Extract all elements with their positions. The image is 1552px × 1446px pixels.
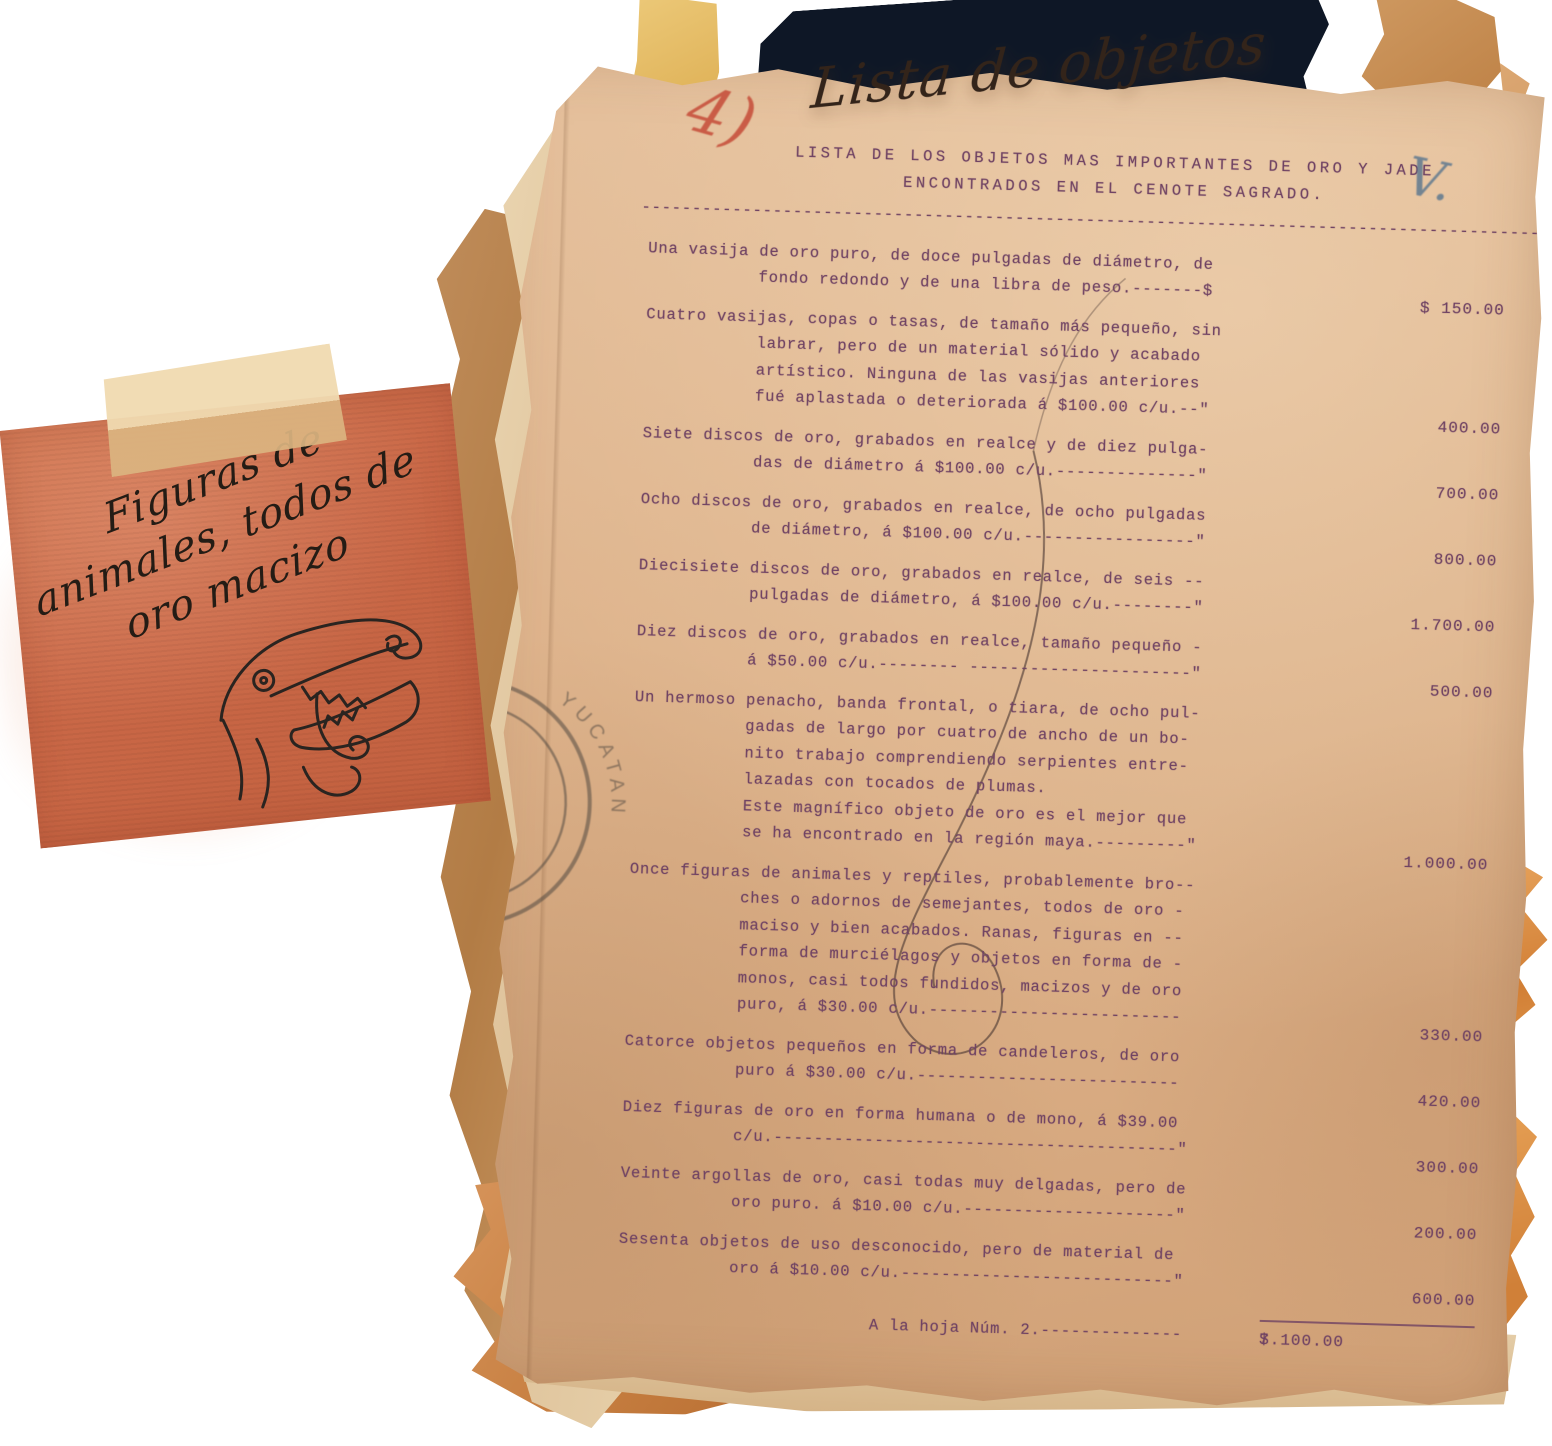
svg-text:YUCATAN: YUCATAN — [552, 688, 632, 819]
carry-forward-row: A la hoja Núm. 2.-------------- $ 7.100.… — [616, 1304, 1474, 1356]
item-description: Siete discos de oro, grabados en realce … — [642, 420, 1361, 494]
stamp-text: YUCATAN — [552, 688, 632, 819]
scanned-document-collage: YUCATAN 4) V. LISTA DE LOS OBJETOS MAS I… — [0, 0, 1552, 1446]
item-description: Ocho discos de oro, grabados en realce, … — [640, 486, 1359, 560]
item-amount: 700.00 — [1359, 478, 1500, 509]
total-amount: 7.100.00 — [1259, 1326, 1345, 1355]
item-amount: 600.00 — [1335, 1284, 1476, 1315]
item-amount: 1.000.00 — [1348, 848, 1489, 879]
item-amount: 400.00 — [1361, 412, 1502, 443]
item-amount: 300.00 — [1339, 1152, 1480, 1183]
item-description: Cuatro vasijas, copas o tasas, de tamaño… — [644, 301, 1365, 428]
item-amount: 1.700.00 — [1355, 610, 1496, 641]
list-item: Una vasija de oro puro, de doce pulgadas… — [647, 235, 1506, 313]
item-description: Veinte argollas de oro, casi todas muy d… — [620, 1159, 1339, 1233]
document-page: YUCATAN 4) V. LISTA DE LOS OBJETOS MAS I… — [452, 45, 1552, 1424]
list-item: Un hermoso penacho, banda frontal, o tia… — [631, 684, 1493, 868]
item-description: Diecisiete discos de oro, grabados en re… — [638, 552, 1357, 626]
item-amount: 420.00 — [1341, 1086, 1482, 1117]
item-description: Un hermoso penacho, banda frontal, o tia… — [631, 684, 1353, 864]
document-body: LISTA DE LOS OBJETOS MAS IMPORTANTES DE … — [614, 135, 1509, 1412]
list-item: Once figuras de animales y reptiles, pro… — [626, 855, 1488, 1039]
item-amount: 200.00 — [1337, 1218, 1478, 1249]
total-box: $ 7.100.00 — [1260, 1319, 1475, 1332]
item-description: Una vasija de oro puro, de doce pulgadas… — [647, 235, 1366, 309]
item-description: Diez figuras de oro en forma humana o de… — [622, 1093, 1341, 1167]
serpent-head-drawing — [197, 581, 477, 825]
item-description: Catorce objetos pequeños en forma de can… — [624, 1027, 1343, 1101]
item-amount: 500.00 — [1353, 676, 1494, 707]
item-description: Once figuras de animales y reptiles, pro… — [626, 855, 1348, 1035]
item-amount: 800.00 — [1357, 544, 1498, 575]
item-description: Sesenta objetos de uso desconocido, pero… — [618, 1225, 1337, 1299]
item-amount: 330.00 — [1343, 1020, 1484, 1051]
carry-forward-label: A la hoja Núm. 2.-------------- — [616, 1304, 1260, 1350]
item-description: Diez discos de oro, grabados en realce, … — [636, 618, 1355, 692]
list-item: Cuatro vasijas, copas o tasas, de tamaño… — [644, 301, 1505, 432]
tape-handwritten-label: Lista de objetos — [758, 6, 1320, 126]
item-amount: $ 150.00 — [1364, 294, 1505, 325]
